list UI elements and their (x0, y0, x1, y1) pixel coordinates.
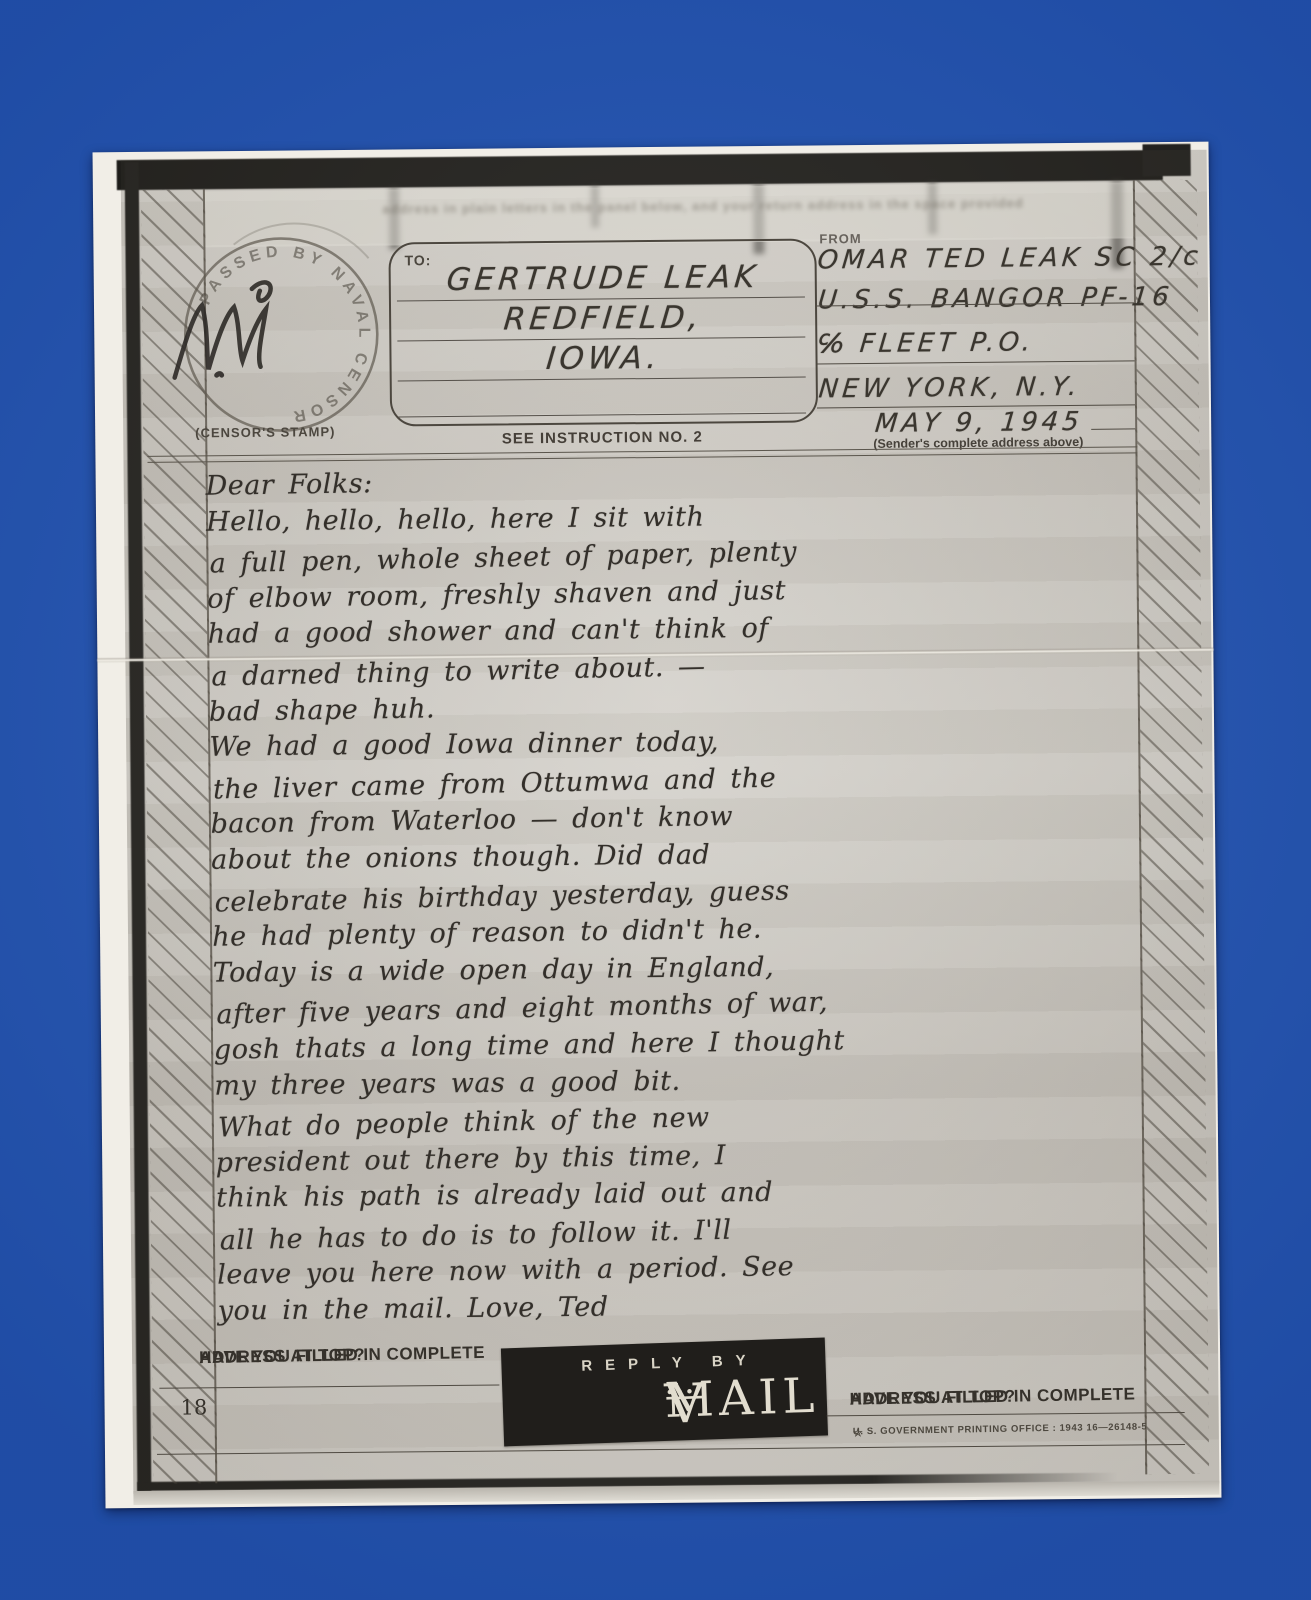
address-reminder-right-line2: ADDRESS AT TOP? (849, 1384, 1015, 1412)
to-handwriting-state: IOWA. (390, 338, 817, 378)
banner-mail: MAIL (664, 1368, 820, 1429)
page-background: { "colors": { "background_blue": "#2355b… (0, 0, 1311, 1600)
censor-stamp-caption: (CENSOR'S STAMP) (195, 424, 335, 440)
from-handwriting-fleet-po: ℅ FLEET P.O. (817, 327, 1036, 359)
from-handwriting-city: NEW YORK, N.Y. (817, 372, 1082, 405)
censor-stamp-arc-text: PASSED BY NAVAL CENSOR (196, 242, 373, 426)
letter-body: Dear Folks: Hello, hello, hello, here I … (205, 454, 1150, 1332)
to-address-box: TO: GERTRUDE LEAK REDFIELD, IOWA. (388, 238, 818, 426)
to-handwriting-city: REDFIELD, (389, 298, 816, 338)
page-number: 18 (180, 1395, 207, 1419)
to-ruled-line (398, 413, 806, 418)
address-reminder-left-line2: ADDRESS AT TOP? (199, 1342, 365, 1370)
to-handwriting-name: GERTRUDE LEAK (389, 258, 816, 298)
from-handwriting-ship: U.S.S. BANGOR PF-16 (817, 282, 1175, 315)
from-handwriting-date: MAY 9, 1945 (874, 407, 1084, 439)
censor-stamp: PASSED BY NAVAL CENSOR (155, 215, 407, 457)
vmail-photo: address in plain letters in the panel be… (93, 142, 1222, 1509)
reply-by-vmail-banner: REPLY BY V···—MAIL (501, 1337, 828, 1446)
svg-text:PASSED BY NAVAL CENSOR: PASSED BY NAVAL CENSOR (196, 242, 373, 426)
from-handwriting-sender: OMAR TED LEAK SC 2/c (816, 242, 1203, 276)
